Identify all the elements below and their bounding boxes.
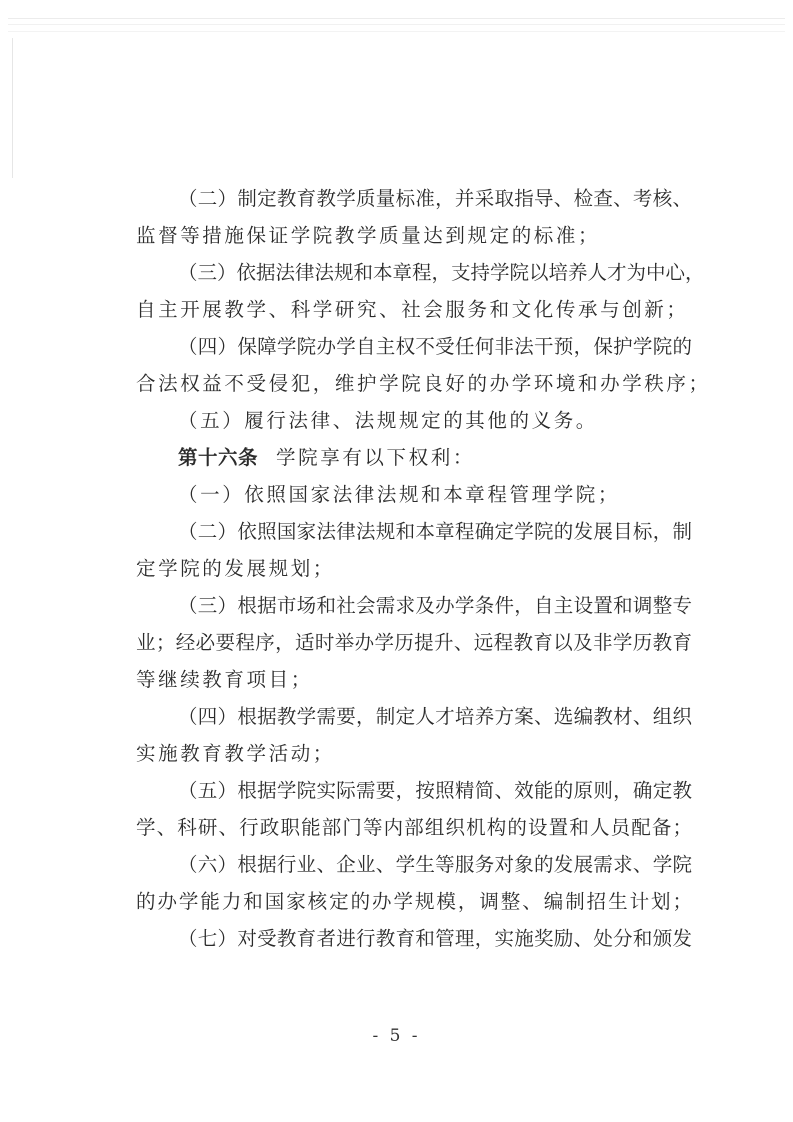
article-heading-line: 第十六条学院享有以下权利： [136,439,692,476]
paragraph-line: 的办学能力和国家核定的办学规模，调整、编制招生计划； [136,883,692,920]
paragraph-line: 合法权益不受侵犯，维护学院良好的办学环境和办学秩序； [136,365,692,402]
paragraph-line: 等继续教育项目； [136,661,692,698]
scan-artifact-line [8,31,785,32]
paragraph-line: 自主开展教学、科学研究、社会服务和文化传承与创新； [136,291,692,328]
paragraph-line: （二）制定教育教学质量标准，并采取指导、检查、考核、 [136,180,692,217]
paragraph-line: （二）依照国家法律法规和本章程确定学院的发展目标，制 [136,513,692,550]
scan-edge-mark [12,38,13,178]
paragraph-line: 实施教育教学活动； [136,735,692,772]
paragraph-line: （四）根据教学需要，制定人才培养方案、选编教材、组织 [136,698,692,735]
document-body: （二）制定教育教学质量标准，并采取指导、检查、考核、 监督等措施保证学院教学质量… [136,180,692,957]
paragraph-line: （一）依照国家法律法规和本章程管理学院； [136,476,692,513]
paragraph-line: 定学院的发展规划； [136,550,692,587]
paragraph-line: （七）对受教育者进行教育和管理，实施奖励、处分和颁发 [136,920,692,957]
paragraph-line: 学、科研、行政职能部门等内部组织机构的设置和人员配备； [136,809,692,846]
paragraph-line: （三）根据市场和社会需求及办学条件，自主设置和调整专 [136,587,692,624]
paragraph-line: （六）根据行业、企业、学生等服务对象的发展需求、学院 [136,846,692,883]
article-label: 第十六条 [178,446,258,469]
paragraph-line: （三）依据法律法规和本章程，支持学院以培养人才为中心， [136,254,692,291]
paragraph-line: （五）履行法律、法规规定的其他的义务。 [136,402,692,439]
article-text: 学院享有以下权利： [276,446,475,469]
scan-artifact-line [8,24,785,25]
paragraph-line: （五）根据学院实际需要，按照精简、效能的原则，确定教 [136,772,692,809]
paragraph-line: （四）保障学院办学自主权不受任何非法干预，保护学院的 [136,328,692,365]
paragraph-line: 业；经必要程序，适时举办学历提升、远程教育以及非学历教育 [136,624,692,661]
page-number: - 5 - [0,1026,793,1046]
scan-artifact-line [8,18,785,19]
paragraph-line: 监督等措施保证学院教学质量达到规定的标准； [136,217,692,254]
